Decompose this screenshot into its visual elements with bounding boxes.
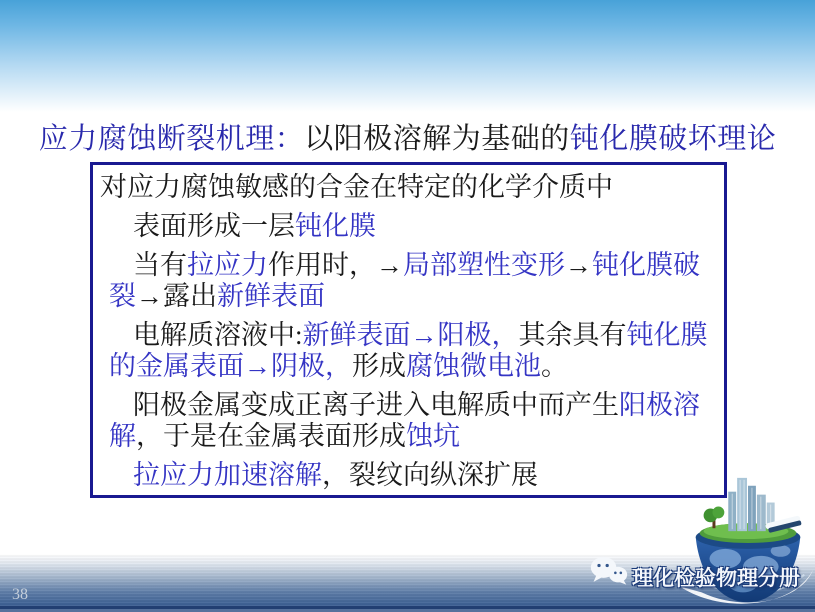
- text-segment: 腐蚀微电池: [406, 351, 541, 381]
- text-segment: 钝化膜: [295, 211, 376, 241]
- content-paragraph: 电解质溶液中:新鲜表面→阳极，其余具有钝化膜的金属表面→阴极，形成腐蚀微电池。: [100, 320, 719, 382]
- text-segment: 新鲜表面→阳极，: [303, 320, 519, 350]
- header-gradient: [0, 0, 815, 112]
- content-paragraph: 对应力腐蚀敏感的合金在特定的化学介质中: [100, 172, 719, 203]
- text-segment: 当有: [133, 250, 187, 280]
- text-segment: 蚀坑: [406, 421, 460, 451]
- text-segment: →: [565, 250, 592, 280]
- text-segment: →露出: [136, 281, 217, 311]
- watermark-text: 理化检验物理分册: [632, 562, 800, 592]
- text-segment: 对应力腐蚀敏感的合金在特定的化学介质中: [100, 172, 613, 202]
- text-segment: 形成: [352, 351, 406, 381]
- city-buildings: [728, 478, 774, 531]
- text-segment: 拉应力: [187, 250, 268, 280]
- text-segment: 以阳极溶解为基础的: [304, 123, 570, 155]
- page-number: 38: [12, 586, 28, 604]
- text-segment: 其余具有: [519, 320, 627, 350]
- slide: 应力腐蚀断裂机理：以阳极溶解为基础的钝化膜破坏理论 对应力腐蚀敏感的合金在特定的…: [0, 0, 815, 612]
- text-segment: 局部塑性变形: [403, 250, 565, 280]
- content-paragraph: 表面形成一层钝化膜: [100, 211, 719, 242]
- text-segment: 新鲜表面: [217, 281, 325, 311]
- text-segment: 电解质溶液中:: [133, 320, 303, 350]
- text-segment: 拉应力加速溶解: [133, 460, 322, 490]
- content-box: 对应力腐蚀敏感的合金在特定的化学介质中表面形成一层钝化膜当有拉应力作用时，→局部…: [90, 162, 727, 498]
- content-paragraph: 拉应力加速溶解，裂纹向纵深扩展: [100, 460, 719, 491]
- slide-title: 应力腐蚀断裂机理：以阳极溶解为基础的钝化膜破坏理论: [0, 116, 815, 157]
- text-segment: ，于是在金属表面形成: [136, 421, 406, 451]
- text-segment: 钝化膜破坏理论: [570, 123, 777, 155]
- text-segment: 阳极金属变成正离子进入电解质中而产生: [133, 390, 619, 420]
- content-paragraph: 当有拉应力作用时，→局部塑性变形→钝化膜破裂→露出新鲜表面: [100, 250, 719, 312]
- text-segment: 表面形成一层: [133, 211, 295, 241]
- text-segment: 应力腐蚀断裂机理：: [39, 123, 305, 155]
- wechat-icon: [589, 555, 629, 587]
- text-segment: ，裂纹向纵深扩展: [322, 460, 538, 490]
- text-segment: 。: [541, 351, 568, 381]
- text-segment: 作用时，→: [268, 250, 403, 280]
- content-paragraph: 阳极金属变成正离子进入电解质中而产生阳极溶解，于是在金属表面形成蚀坑: [100, 390, 719, 452]
